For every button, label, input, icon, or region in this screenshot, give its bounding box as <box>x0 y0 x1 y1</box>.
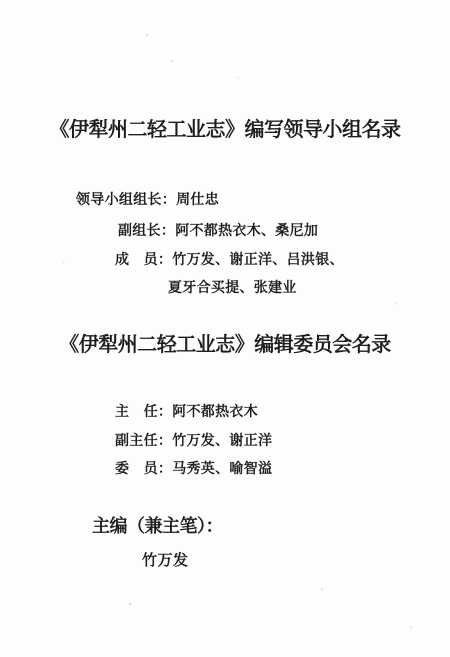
chief-editor-name: 竹万发 <box>142 552 189 569</box>
committee-deputy-director-line: 副主任：竹万发、谢正洋 <box>115 432 272 448</box>
group-members-continuation-line: 夏牙合买提、张建业 <box>168 279 297 295</box>
chief-editor-heading: 主编（兼主笔）： <box>92 516 223 537</box>
group-leader-line: 领导小组组长：周仕忠 <box>76 191 219 207</box>
scanned-document-page: 《伊犁州二轻工业志》编写领导小组名录 领导小组组长：周仕忠 副组长：阿不都热衣木… <box>0 0 450 657</box>
deputy-group-leader-line: 副组长：阿不都热衣木、桑尼加 <box>118 222 318 238</box>
writing-leadership-group-title: 《伊犁州二轻工业志》编写领导小组名录 <box>0 119 450 142</box>
editorial-committee-title: 《伊犁州二轻工业志》编辑委员会名录 <box>0 334 450 357</box>
committee-members-line: 委 员：马秀英、喻智溢 <box>115 460 272 476</box>
committee-director-line: 主 任：阿不都热衣木 <box>115 403 258 419</box>
group-members-line: 成 员：竹万发、谢正洋、吕洪银、 <box>115 251 344 267</box>
